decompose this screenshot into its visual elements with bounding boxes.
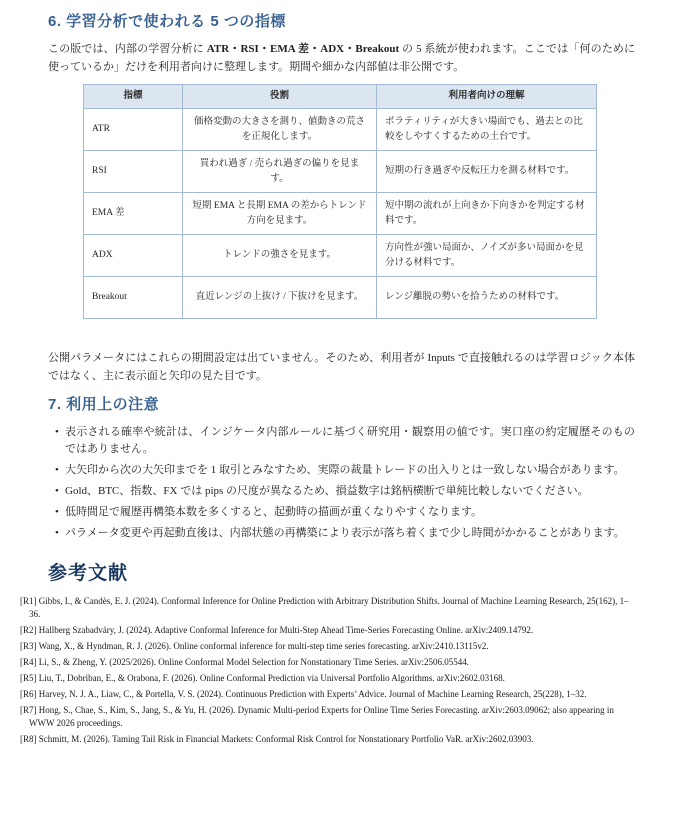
section-7-heading: 7. 利用上の注意: [48, 393, 635, 414]
table-row: ATR価格変動の大きさを測り、値動きの荒さを正規化します。ボラティリティが大きい…: [84, 109, 597, 151]
indicator-table: 指標 役割 利用者向けの理解 ATR価格変動の大きさを測り、値動きの荒さを正規化…: [83, 84, 597, 319]
table-row: Breakout直近レンジの上抜け / 下抜けを見ます。レンジ離脱の勢いを拾うた…: [84, 277, 597, 319]
document-page: 6. 学習分析で使われる 5 つの指標 この版では、内部の学習分析に ATR・R…: [0, 0, 679, 822]
cell-indicator: ATR: [84, 109, 183, 151]
references-heading: 参考文献: [48, 558, 635, 585]
cell-role: 買われ過ぎ / 売られ過ぎの偏りを見ます。: [183, 151, 377, 193]
table-header-indicator: 指標: [84, 85, 183, 109]
cell-understanding: ボラティリティが大きい場面でも、過去との比較をしやすくするための土台です。: [377, 109, 597, 151]
note-item: 低時間足で履歴再構築本数を多くすると、起動時の描画が重くなりやすくなります。: [55, 504, 635, 521]
table-row: RSI買われ過ぎ / 売られ過ぎの偏りを見ます。短期の行き過ぎや反転圧力を測る材…: [84, 151, 597, 193]
section-6-heading: 6. 学習分析で使われる 5 つの指標: [48, 10, 635, 31]
cell-role: トレンドの強さを見ます。: [183, 235, 377, 277]
reference-list: [R1] Gibbs, I., & Candès, E. J. (2024). …: [20, 595, 635, 746]
indicator-table-body: ATR価格変動の大きさを測り、値動きの荒さを正規化します。ボラティリティが大きい…: [84, 109, 597, 319]
section-6-intro-paragraph: この版では、内部の学習分析に ATR・RSI・EMA 差・ADX・Breakou…: [48, 40, 635, 76]
cell-indicator: Breakout: [84, 277, 183, 319]
reference-item: [R7] Hong, S., Chae, S., Kim, S., Jang, …: [20, 704, 635, 730]
reference-item: [R1] Gibbs, I., & Candès, E. J. (2024). …: [20, 595, 635, 621]
reference-item: [R6] Harvey, N. J. A., Liaw, C., & Porte…: [20, 688, 635, 701]
note-item: 表示される確率や統計は、インジケータ内部ルールに基づく研究用・観察用の値です。実…: [55, 424, 635, 458]
cell-role: 直近レンジの上抜け / 下抜けを見ます。: [183, 277, 377, 319]
reference-item: [R5] Liu, T., Dobriban, E., & Orabona, F…: [20, 672, 635, 685]
cell-indicator: ADX: [84, 235, 183, 277]
cell-indicator: RSI: [84, 151, 183, 193]
table-header-row: 指標 役割 利用者向けの理解: [84, 85, 597, 109]
table-row: ADXトレンドの強さを見ます。方向性が強い局面か、ノイズが多い局面かを見分ける材…: [84, 235, 597, 277]
table-header-understanding: 利用者向けの理解: [377, 85, 597, 109]
reference-item: [R2] Hallberg Szabadváry, J. (2024). Ada…: [20, 624, 635, 637]
intro-text-before: この版では、内部の学習分析に: [48, 43, 207, 55]
cell-indicator: EMA 差: [84, 193, 183, 235]
cell-understanding: 方向性が強い局面か、ノイズが多い局面かを見分ける材料です。: [377, 235, 597, 277]
table-header-role: 役割: [183, 85, 377, 109]
reference-item: [R8] Schmitt, M. (2026). Taming Tail Ris…: [20, 733, 635, 746]
section-6-closing-paragraph: 公開パラメータにはこれらの期間設定は出ていません。そのため、利用者が Input…: [48, 349, 635, 385]
note-item: パラメータ変更や再起動直後は、内部状態の再構築により表示が落ち着くまで少し時間が…: [55, 525, 635, 542]
table-row: EMA 差短期 EMA と長期 EMA の差からトレンド方向を見ます。短中期の流…: [84, 193, 597, 235]
indicator-table-head: 指標 役割 利用者向けの理解: [84, 85, 597, 109]
reference-item: [R3] Wang, X., & Hyndman, R. J. (2026). …: [20, 640, 635, 653]
cell-understanding: 短中期の流れが上向きか下向きかを判定する材料です。: [377, 193, 597, 235]
cell-understanding: 短期の行き過ぎや反転圧力を測る材料です。: [377, 151, 597, 193]
cell-understanding: レンジ離脱の勢いを拾うための材料です。: [377, 277, 597, 319]
intro-text-bold-indicators: ATR・RSI・EMA 差・ADX・Breakout: [207, 43, 399, 55]
indicator-table-wrap: 指標 役割 利用者向けの理解 ATR価格変動の大きさを測り、値動きの荒さを正規化…: [83, 84, 635, 319]
cell-role: 短期 EMA と長期 EMA の差からトレンド方向を見ます。: [183, 193, 377, 235]
notes-list: 表示される確率や統計は、インジケータ内部ルールに基づく研究用・観察用の値です。実…: [55, 424, 635, 542]
note-item: Gold、BTC、指数、FX では pips の尺度が異なるため、損益数字は銘柄…: [55, 483, 635, 500]
note-item: 大矢印から次の大矢印までを 1 取引とみなすため、実際の裁量トレードの出入りとは…: [55, 462, 635, 479]
reference-item: [R4] Li, S., & Zheng, Y. (2025/2026). On…: [20, 656, 635, 669]
cell-role: 価格変動の大きさを測り、値動きの荒さを正規化します。: [183, 109, 377, 151]
